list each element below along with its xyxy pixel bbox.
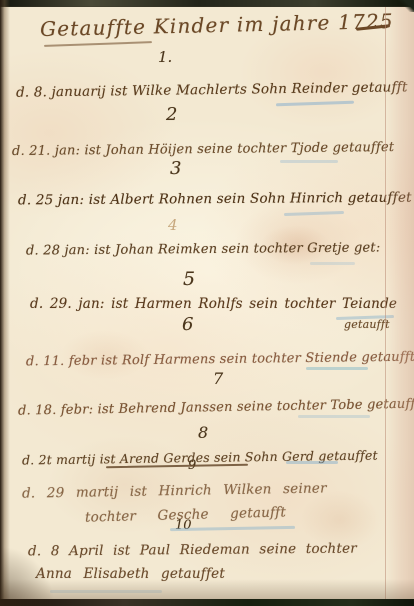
pencil-underline-mark [276,101,354,107]
register-entry-line: d. 21. jan: ist Johan Höijen seine tocht… [12,140,394,159]
pencil-underline-mark [280,160,338,163]
entry-number: 4 [168,216,178,234]
register-entry-line: d. 29. jan: ist Harmen Rohlfs sein tocht… [30,296,397,312]
page-edge-left [0,0,10,606]
entry-number: 7 [213,369,223,388]
entry-number: 5 [183,268,195,290]
register-entry-line: getaufft [344,318,390,331]
title-underline [44,41,152,47]
binding-shadow [0,579,414,599]
pencil-underline-mark [310,262,355,265]
register-entry-line: d. 8. januarij ist Wilke Machlerts Sohn … [16,79,408,100]
page-corner-top-right [398,0,414,12]
register-entry-line: d. 8 April ist Paul Riedeman seine tocht… [28,541,357,560]
pencil-underline-mark [286,461,338,464]
pencil-underline-mark [298,415,370,418]
page-corner-bottom-left [0,546,55,606]
entry-number: 1. [158,48,172,66]
pencil-underline-mark [284,211,344,216]
entry-number: 8 [198,423,208,442]
register-entry-line: d. 25 jan: ist Albert Rohnen sein Sohn H… [18,190,412,209]
page-edge-bottom [0,599,414,606]
entry-number: 6 [182,314,193,335]
register-entry-line: d. 29 martij ist Hinrich Wilken seiner [22,480,327,501]
page-title: Getauffte Kinder im jahre 1725 [40,9,394,41]
manuscript-page: Getauffte Kinder im jahre 1725 1. d. 8. … [0,0,414,606]
entry-number: 3 [170,158,181,179]
pencil-underline-mark [306,367,368,370]
page-curve-shadow [385,0,414,606]
register-entry-line: d. 28 jan: ist Johan Reimken sein tochte… [26,240,381,258]
page-edge-top [0,0,414,7]
entry-number: 2 [166,104,177,125]
